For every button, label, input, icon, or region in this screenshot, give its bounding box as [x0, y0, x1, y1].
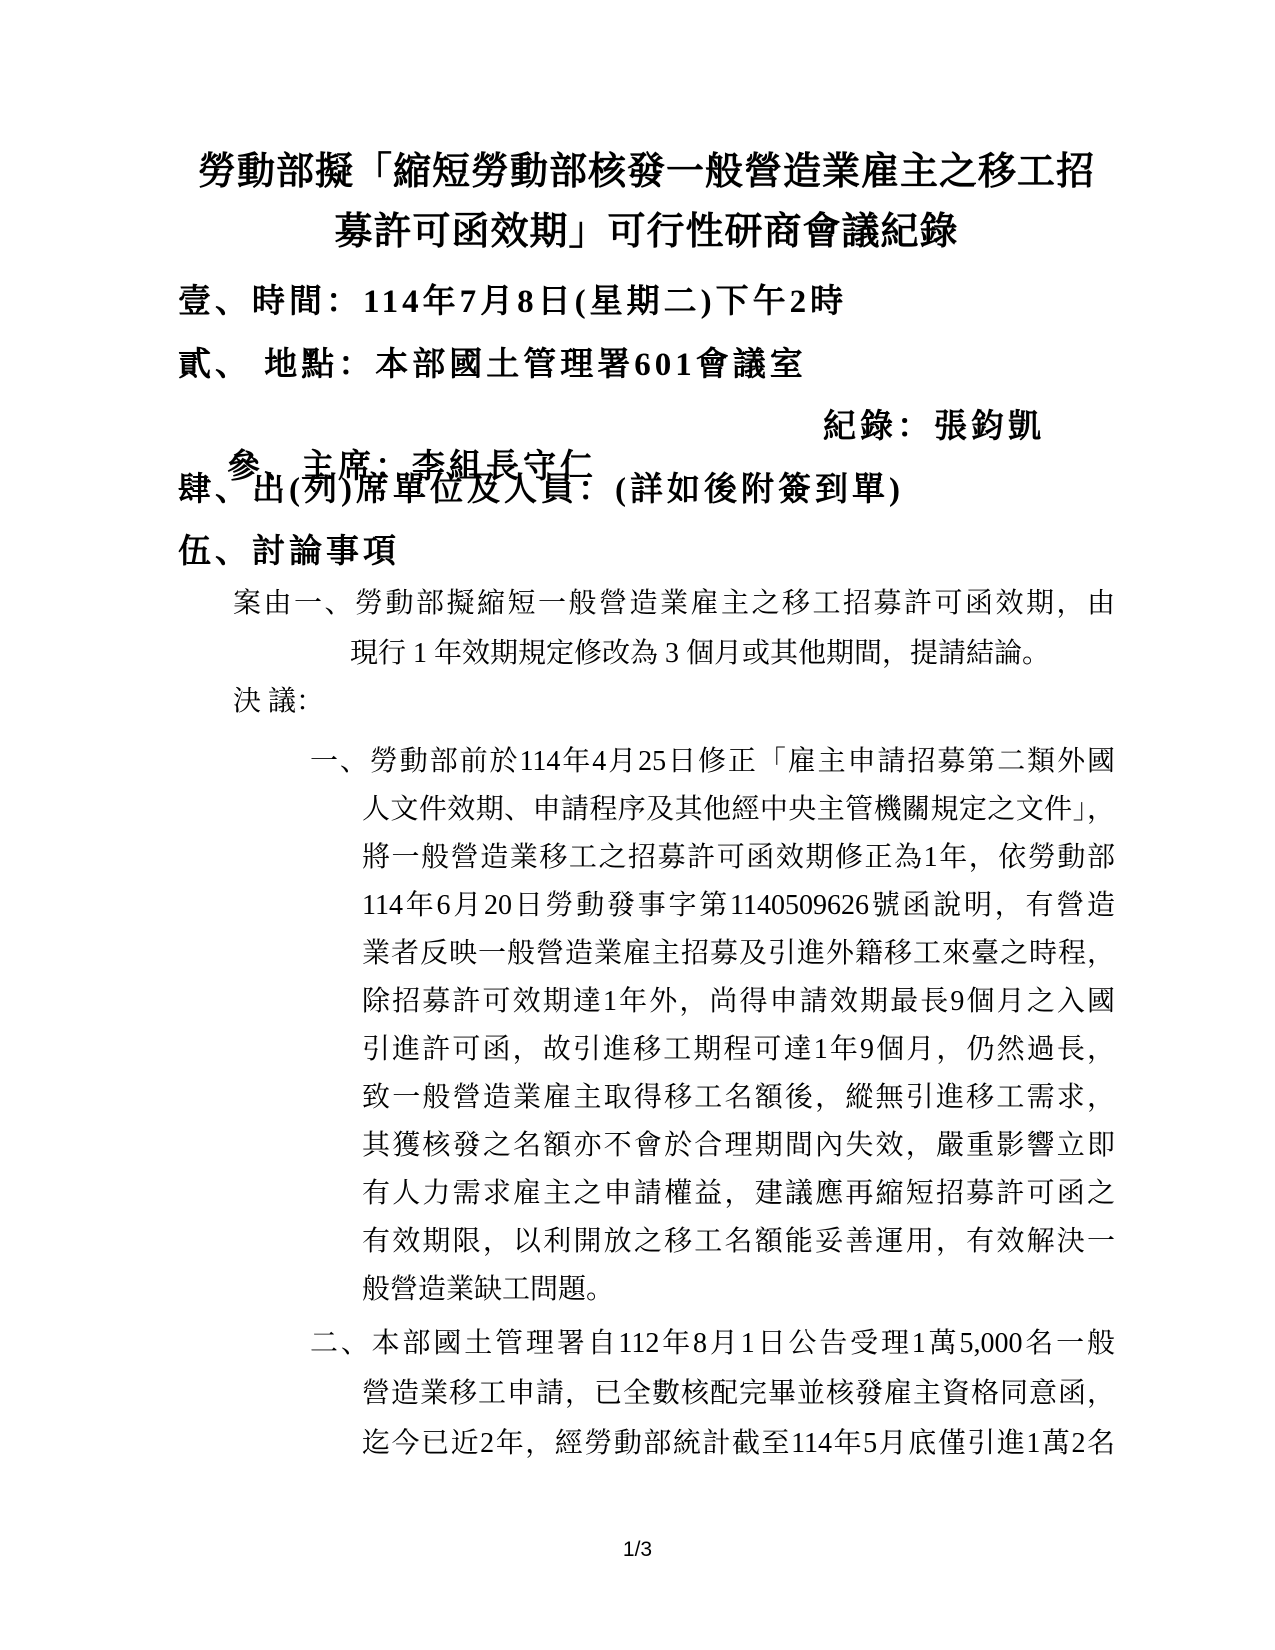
section-attendees: 肆、出(列)席單位及人員：(詳如後附簽到單)	[178, 470, 1115, 510]
section-discussion-heading: 伍、討論事項	[178, 532, 1115, 572]
resolution-label: 決 議：	[233, 680, 1115, 724]
page-number: 1/3	[0, 1538, 1275, 1562]
resolution-item-2-line-3: 迄今已近2年，經勞動部統計截至114年5月底僅引進1萬2名	[362, 1422, 1115, 1466]
recorder-label: 紀錄：張鈞凱	[823, 407, 1045, 447]
resolution-item-1-line-1: 一、勞動部前於114年4月25日修正「雇主申請招募第二類外國	[310, 740, 1115, 784]
resolution-item-1-line-8: 致一般營造業雇主取得移工名額後，縱無引進移工需求，	[362, 1076, 1115, 1120]
resolution-item-1-line-10: 有人力需求雇主之申請權益，建議應再縮短招募許可函之	[362, 1172, 1115, 1216]
document-page: 勞動部擬「縮短勞動部核發一般營造業雇主之移工招 募許可函效期」可行性研商會議紀錄…	[0, 0, 1275, 1650]
resolution-item-1-line-11: 有效期限，以利開放之移工名額能妥善運用，有效解決一	[362, 1220, 1115, 1264]
resolution-item-1-line-5: 業者反映一般營造業雇主招募及引進外籍移工來臺之時程，	[362, 932, 1115, 976]
resolution-item-2-line-1: 二、本部國土管理署自112年8月1日公告受理1萬5,000名一般	[310, 1322, 1115, 1366]
document-title: 勞動部擬「縮短勞動部核發一般營造業雇主之移工招 募許可函效期」可行性研商會議紀錄	[178, 142, 1115, 262]
section-place: 貳、 地點：本部國土管理署601會議室	[178, 345, 1115, 385]
resolution-item-1-line-12: 般營造業缺工問題。	[362, 1268, 1115, 1312]
resolution-item-1-line-9: 其獲核發之名額亦不會於合理期間內失效，嚴重影響立即	[362, 1124, 1115, 1168]
case-line-1: 案由一、勞動部擬縮短一般營造業雇主之移工招募許可函效期，由	[233, 582, 1115, 626]
resolution-item-1-line-7: 引進許可函，故引進移工期程可達1年9個月，仍然過長，	[362, 1028, 1115, 1072]
section-time: 壹、時間：114年7月8日(星期二)下午2時	[178, 282, 1115, 322]
resolution-item-2-line-2: 營造業移工申請，已全數核配完畢並核發雇主資格同意函，	[362, 1372, 1115, 1416]
resolution-item-1-line-3: 將一般營造業移工之招募許可函效期修正為1年，依勞動部	[362, 836, 1115, 880]
resolution-item-1-line-4: 114年6月20日勞動發事字第1140509626號函說明，有營造	[362, 884, 1115, 928]
document-title-line-2: 募許可函效期」可行性研商會議紀錄	[178, 202, 1115, 262]
document-title-line-1: 勞動部擬「縮短勞動部核發一般營造業雇主之移工招	[178, 142, 1115, 202]
resolution-item-1-line-6: 除招募許可效期達1年外，尚得申請效期最長9個月之入國	[362, 980, 1115, 1024]
case-line-2: 現行 1 年效期規定修改為 3 個月或其他期間，提請結論。	[350, 632, 1050, 676]
resolution-item-1-line-2: 人文件效期、申請程序及其他經中央主管機關規定之文件」，	[362, 788, 1115, 832]
